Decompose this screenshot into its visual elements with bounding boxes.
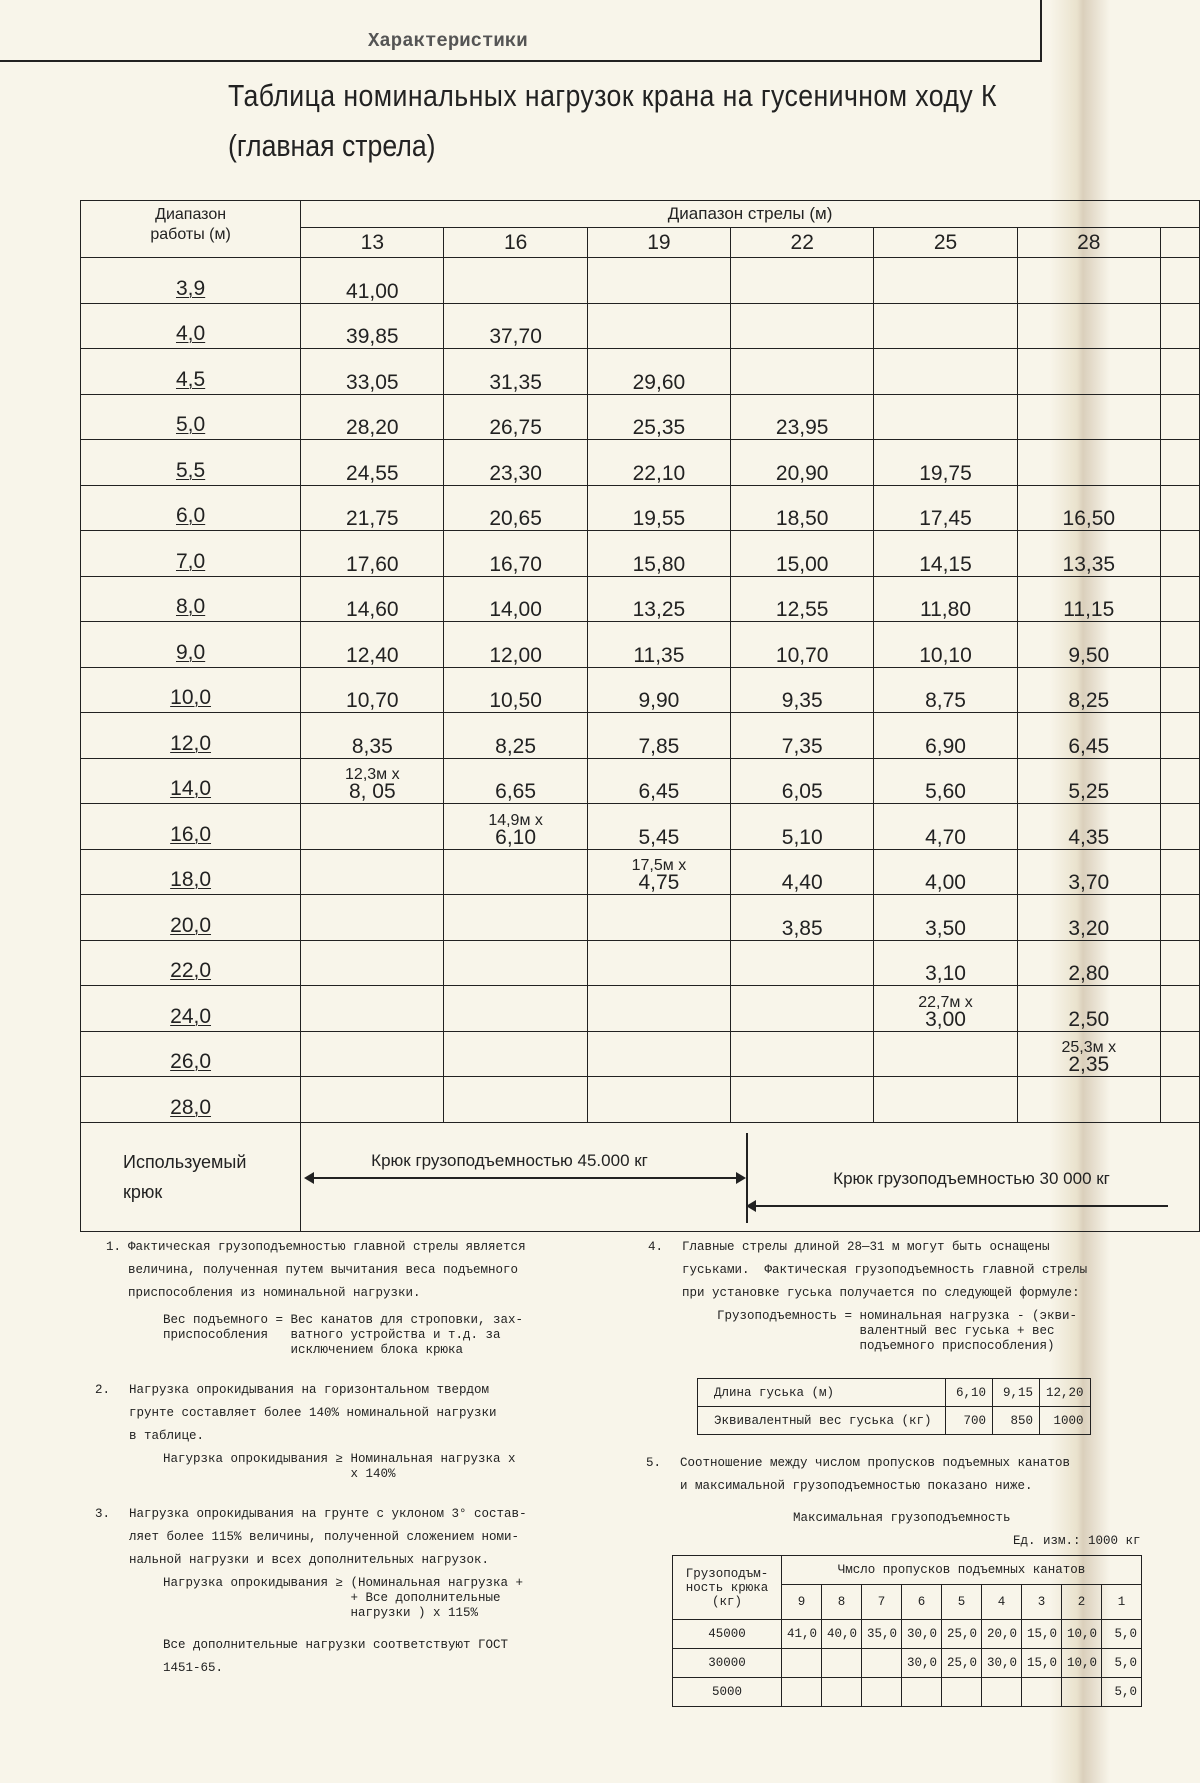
cut-cell bbox=[1160, 622, 1199, 668]
range-value: 26,0 bbox=[170, 1050, 211, 1073]
load-chart-table: Диапазон работы (м) Диапазон стрелы (м) … bbox=[80, 200, 1200, 1232]
load-cell: 22,7м x3,00 bbox=[874, 986, 1017, 1032]
range-cell: 18,0 bbox=[81, 849, 301, 895]
cut-cell bbox=[1160, 531, 1199, 577]
range-value: 8,0 bbox=[176, 595, 205, 618]
range-value: 7,0 bbox=[176, 550, 205, 573]
jib-weight-value: 700 bbox=[946, 1407, 993, 1435]
load-cell bbox=[1017, 394, 1160, 440]
table-row: 18,017,5м x4,754,404,003,70 bbox=[81, 849, 1200, 895]
boom-length-header: 19 bbox=[587, 228, 730, 258]
falls-count-header: 5 bbox=[942, 1585, 982, 1620]
range-cell: 26,0 bbox=[81, 1031, 301, 1077]
hook-area: Крюк грузоподъемностью 45.000 кг Крюк гр… bbox=[301, 1122, 1200, 1231]
range-cell: 4,5 bbox=[81, 349, 301, 395]
note-1: 1. Фактическая грузоподъемностью главной… bbox=[106, 1236, 121, 1305]
jib-length-label: Длина гуська (м) bbox=[698, 1379, 946, 1407]
max-capacity-cell bbox=[1062, 1678, 1102, 1707]
load-value: 21,75 bbox=[346, 509, 399, 528]
table-row: 10,010,7010,509,909,358,758,25 bbox=[81, 667, 1200, 713]
load-value: 22,10 bbox=[633, 464, 686, 483]
range-cell: 20,0 bbox=[81, 895, 301, 941]
load-cell: 10,70 bbox=[731, 622, 874, 668]
hook-capacity-cell: 30000 bbox=[673, 1649, 782, 1678]
note-1-number: 1. bbox=[106, 1236, 121, 1259]
max-capacity-cell: 20,0 bbox=[982, 1620, 1022, 1649]
range-cell: 9,0 bbox=[81, 622, 301, 668]
load-cell bbox=[731, 258, 874, 304]
load-value: 19,75 bbox=[919, 464, 972, 483]
cut-cell bbox=[1160, 1077, 1199, 1123]
table-row: 20,03,853,503,20 bbox=[81, 895, 1200, 941]
note-4-text: Главные стрелы длиной 28—31 м могут быть… bbox=[682, 1236, 1087, 1305]
range-value: 6,0 bbox=[176, 504, 205, 527]
load-cell: 9,50 bbox=[1017, 622, 1160, 668]
table-row: 16,014,9м x6,105,455,104,704,35 bbox=[81, 804, 1200, 850]
load-cell: 9,90 bbox=[587, 667, 730, 713]
load-cell: 23,30 bbox=[444, 440, 587, 486]
load-cell bbox=[444, 895, 587, 941]
load-cell: 6,05 bbox=[731, 758, 874, 804]
load-cell: 31,35 bbox=[444, 349, 587, 395]
load-value: 6,65 bbox=[495, 782, 536, 801]
load-cell: 4,40 bbox=[731, 849, 874, 895]
range-value: 4,0 bbox=[176, 322, 205, 345]
load-value: 13,35 bbox=[1063, 555, 1116, 574]
max-capacity-cell: 10,0 bbox=[1062, 1620, 1102, 1649]
range-cell: 8,0 bbox=[81, 576, 301, 622]
load-value: 19,55 bbox=[633, 509, 686, 528]
load-cell: 10,50 bbox=[444, 667, 587, 713]
load-value: 4,35 bbox=[1068, 828, 1109, 847]
max-capacity-cell: 5,0 bbox=[1102, 1649, 1142, 1678]
load-cell: 4,70 bbox=[874, 804, 1017, 850]
load-cell: 14,00 bbox=[444, 576, 587, 622]
range-cell: 10,0 bbox=[81, 667, 301, 713]
range-cell: 14,0 bbox=[81, 758, 301, 804]
max-capacity-cell bbox=[822, 1678, 862, 1707]
load-cell: 3,70 bbox=[1017, 849, 1160, 895]
jib-weight-value: 1000 bbox=[1040, 1407, 1091, 1435]
falls-count-header: 6 bbox=[902, 1585, 942, 1620]
note-2-number: 2. bbox=[95, 1379, 110, 1402]
load-value: 4,75 bbox=[638, 873, 679, 892]
load-cell bbox=[301, 940, 444, 986]
range-cell: 5,0 bbox=[81, 394, 301, 440]
load-cell: 8,25 bbox=[444, 713, 587, 759]
max-capacity-cell: 15,0 bbox=[1022, 1649, 1062, 1678]
load-value: 3,70 bbox=[1068, 873, 1109, 892]
max-capacity-cell bbox=[1022, 1678, 1062, 1707]
table-row: 3,941,00 bbox=[81, 258, 1200, 304]
jib-weight-value: 850 bbox=[993, 1407, 1040, 1435]
load-cell: 6,45 bbox=[1017, 713, 1160, 759]
max-capacity-cell: 10,0 bbox=[1062, 1649, 1102, 1678]
load-value: 28,20 bbox=[346, 418, 399, 437]
max-capacity-cell: 35,0 bbox=[862, 1620, 902, 1649]
max-capacity-cell: 25,0 bbox=[942, 1649, 982, 1678]
max-capacity-cell bbox=[822, 1649, 862, 1678]
boom-length-header: 28 bbox=[1017, 228, 1160, 258]
load-value: 39,85 bbox=[346, 327, 399, 346]
range-value: 20,0 bbox=[170, 914, 211, 937]
table-row: 24,022,7м x3,002,50 bbox=[81, 986, 1200, 1032]
load-value: 33,05 bbox=[346, 373, 399, 392]
falls-count-header: 7 bbox=[862, 1585, 902, 1620]
range-value: 4,5 bbox=[176, 368, 205, 391]
falls-count-header: 2 bbox=[1062, 1585, 1102, 1620]
load-cell bbox=[587, 895, 730, 941]
note-5-number: 5. bbox=[646, 1452, 661, 1475]
load-value: 16,50 bbox=[1063, 509, 1116, 528]
load-cell: 11,80 bbox=[874, 576, 1017, 622]
load-cell bbox=[731, 940, 874, 986]
hook-capacity-header-line3: (кг) bbox=[673, 1595, 781, 1609]
boom-length-header-cut bbox=[1160, 228, 1199, 258]
load-value: 18,50 bbox=[776, 509, 829, 528]
load-cell: 15,80 bbox=[587, 531, 730, 577]
load-cell: 15,00 bbox=[731, 531, 874, 577]
load-cell: 23,95 bbox=[731, 394, 874, 440]
max-capacity-cell: 15,0 bbox=[1022, 1620, 1062, 1649]
load-value: 14,60 bbox=[346, 600, 399, 619]
range-cell: 4,0 bbox=[81, 303, 301, 349]
load-cell: 24,55 bbox=[301, 440, 444, 486]
max-capacity-unit: Ед. изм.: 1000 кг bbox=[1013, 1530, 1141, 1553]
load-cell: 25,35 bbox=[587, 394, 730, 440]
cut-cell bbox=[1160, 986, 1199, 1032]
load-value: 5,45 bbox=[638, 828, 679, 847]
load-value: 2,50 bbox=[1068, 1010, 1109, 1029]
load-cell: 11,15 bbox=[1017, 576, 1160, 622]
hook-label-line1: Используемый bbox=[123, 1147, 300, 1177]
load-cell: 6,45 bbox=[587, 758, 730, 804]
table-row: 12,08,358,257,857,356,906,45 bbox=[81, 713, 1200, 759]
table-row: 7,017,6016,7015,8015,0014,1513,35 bbox=[81, 531, 1200, 577]
load-cell: 6,90 bbox=[874, 713, 1017, 759]
max-capacity-cell: 40,0 bbox=[822, 1620, 862, 1649]
load-cell bbox=[587, 986, 730, 1032]
falls-count-header: 1 bbox=[1102, 1585, 1142, 1620]
max-capacity-cell bbox=[782, 1649, 822, 1678]
table-row: 28,0 bbox=[81, 1077, 1200, 1123]
load-cell bbox=[587, 1077, 730, 1123]
load-cell: 12,3м x8, 05 bbox=[301, 758, 444, 804]
max-capacity-cell: 30,0 bbox=[982, 1649, 1022, 1678]
cut-cell bbox=[1160, 440, 1199, 486]
double-arrow-icon bbox=[306, 1177, 744, 1179]
table-row: 4,039,8537,70 bbox=[81, 303, 1200, 349]
load-value: 6,45 bbox=[638, 782, 679, 801]
table-row: 9,012,4012,0011,3510,7010,109,50 bbox=[81, 622, 1200, 668]
max-capacity-cell: 41,0 bbox=[782, 1620, 822, 1649]
load-cell bbox=[874, 258, 1017, 304]
load-value: 6,05 bbox=[782, 782, 823, 801]
load-cell bbox=[587, 1031, 730, 1077]
note-2-text: Нагрузка опрокидывания на горизонтальном… bbox=[129, 1379, 497, 1448]
load-value: 11,15 bbox=[1063, 600, 1114, 619]
jib-weight-label: Эквивалентный вес гуська (кг) bbox=[698, 1407, 946, 1435]
load-value: 14,00 bbox=[489, 600, 542, 619]
table-row: 8,014,6014,0013,2512,5511,8011,15 bbox=[81, 576, 1200, 622]
load-cell bbox=[444, 1031, 587, 1077]
load-cell: 18,50 bbox=[731, 485, 874, 531]
load-cell: 33,05 bbox=[301, 349, 444, 395]
load-cell bbox=[301, 986, 444, 1032]
table-row: 26,025,3м x2,35 bbox=[81, 1031, 1200, 1077]
load-value: 8,25 bbox=[1068, 691, 1109, 710]
load-value: 3,50 bbox=[925, 919, 966, 938]
load-cell: 11,35 bbox=[587, 622, 730, 668]
load-cell bbox=[301, 895, 444, 941]
load-cell: 20,90 bbox=[731, 440, 874, 486]
table-row: 14,012,3м x8, 056,656,456,055,605,25 bbox=[81, 758, 1200, 804]
cut-cell bbox=[1160, 303, 1199, 349]
load-value: 17,45 bbox=[919, 509, 972, 528]
load-value: 16,70 bbox=[489, 555, 542, 574]
load-value: 5,25 bbox=[1068, 782, 1109, 801]
range-value: 3,9 bbox=[176, 277, 205, 300]
load-value: 7,85 bbox=[638, 737, 679, 756]
load-cell bbox=[731, 1031, 874, 1077]
cut-cell bbox=[1160, 758, 1199, 804]
load-cell: 5,60 bbox=[874, 758, 1017, 804]
max-capacity-cell bbox=[942, 1678, 982, 1707]
boom-length-header: 13 bbox=[301, 228, 444, 258]
hook-capacity-cell: 5000 bbox=[673, 1678, 782, 1707]
range-value: 12,0 bbox=[170, 732, 211, 755]
cut-cell bbox=[1160, 1031, 1199, 1077]
range-cell: 28,0 bbox=[81, 1077, 301, 1123]
load-cell: 6,65 bbox=[444, 758, 587, 804]
load-cell: 13,25 bbox=[587, 576, 730, 622]
load-cell: 39,85 bbox=[301, 303, 444, 349]
load-value: 8,25 bbox=[495, 737, 536, 756]
load-cell bbox=[874, 349, 1017, 395]
range-cell: 16,0 bbox=[81, 804, 301, 850]
hook-45000-label: Крюк грузоподъемностью 45.000 кг bbox=[371, 1151, 648, 1171]
max-capacity-cell bbox=[782, 1678, 822, 1707]
max-capacity-cell bbox=[862, 1678, 902, 1707]
page-subtitle: (главная стрела) bbox=[228, 128, 436, 164]
boom-length-header: 22 bbox=[731, 228, 874, 258]
load-cell: 7,35 bbox=[731, 713, 874, 759]
max-capacity-cell: 5,0 bbox=[1102, 1678, 1142, 1707]
range-value: 22,0 bbox=[170, 959, 211, 982]
load-cell: 37,70 bbox=[444, 303, 587, 349]
load-cell bbox=[1017, 440, 1160, 486]
load-cell: 14,60 bbox=[301, 576, 444, 622]
load-value: 23,95 bbox=[776, 418, 829, 437]
load-cell: 20,65 bbox=[444, 485, 587, 531]
load-value: 8, 05 bbox=[349, 782, 396, 801]
load-value: 9,90 bbox=[638, 691, 679, 710]
note-5-text: Соотношение между числом пропусков подъе… bbox=[680, 1452, 1070, 1498]
load-cell: 28,20 bbox=[301, 394, 444, 440]
load-cell: 13,35 bbox=[1017, 531, 1160, 577]
range-cell: 6,0 bbox=[81, 485, 301, 531]
load-cell: 5,10 bbox=[731, 804, 874, 850]
range-cell: 7,0 bbox=[81, 531, 301, 577]
load-value: 31,35 bbox=[489, 373, 542, 392]
load-cell: 17,45 bbox=[874, 485, 1017, 531]
load-value: 5,10 bbox=[782, 828, 823, 847]
load-cell bbox=[874, 1031, 1017, 1077]
range-value: 18,0 bbox=[170, 868, 211, 891]
note-5: 5. Соотношение между числом пропусков по… bbox=[646, 1452, 661, 1521]
load-cell: 14,9м x6,10 bbox=[444, 804, 587, 850]
load-cell bbox=[874, 394, 1017, 440]
hook-label: Используемый крюк bbox=[81, 1122, 301, 1231]
note-3-formula: Нагрузка опрокидывания ≥ (Номинальная на… bbox=[163, 1576, 523, 1621]
hook-capacity-cell: 45000 bbox=[673, 1620, 782, 1649]
range-value: 9,0 bbox=[176, 641, 205, 664]
hook-row: Используемый крюк Крюк грузоподъемностью… bbox=[81, 1122, 1200, 1231]
boom-length-header: 25 bbox=[874, 228, 1017, 258]
cut-cell bbox=[1160, 394, 1199, 440]
boom-length-header: 16 bbox=[444, 228, 587, 258]
load-value: 6,10 bbox=[495, 828, 536, 847]
range-cell: 24,0 bbox=[81, 986, 301, 1032]
jib-length-value: 9,15 bbox=[993, 1379, 1040, 1407]
load-value: 8,35 bbox=[352, 737, 393, 756]
load-cell: 8,75 bbox=[874, 667, 1017, 713]
falls-count-header: 3 bbox=[1022, 1585, 1062, 1620]
load-value: 11,35 bbox=[633, 646, 684, 665]
load-cell: 25,3м x2,35 bbox=[1017, 1031, 1160, 1077]
load-cell: 19,75 bbox=[874, 440, 1017, 486]
load-cell bbox=[731, 349, 874, 395]
left-arrow-icon bbox=[748, 1205, 1168, 1207]
load-value: 12,55 bbox=[776, 600, 829, 619]
load-cell bbox=[874, 303, 1017, 349]
load-value: 9,50 bbox=[1068, 646, 1109, 665]
load-cell: 17,60 bbox=[301, 531, 444, 577]
load-value: 6,90 bbox=[925, 737, 966, 756]
load-cell: 10,10 bbox=[874, 622, 1017, 668]
load-cell: 26,75 bbox=[444, 394, 587, 440]
cut-cell bbox=[1160, 349, 1199, 395]
load-cell: 17,5м x4,75 bbox=[587, 849, 730, 895]
hook-capacity-header: Грузоподъм- ность крюка (кг) bbox=[673, 1556, 782, 1620]
load-value: 20,90 bbox=[776, 464, 829, 483]
jib-length-value: 6,10 bbox=[946, 1379, 993, 1407]
load-value: 3,10 bbox=[925, 964, 966, 983]
load-value: 12,40 bbox=[346, 646, 399, 665]
load-cell bbox=[301, 804, 444, 850]
load-cell bbox=[587, 303, 730, 349]
load-cell bbox=[1017, 258, 1160, 304]
load-value: 2,35 bbox=[1068, 1055, 1109, 1074]
falls-count-header: 8 bbox=[822, 1585, 862, 1620]
load-value: 10,10 bbox=[919, 646, 972, 665]
load-value: 26,75 bbox=[489, 418, 542, 437]
load-value: 2,80 bbox=[1068, 964, 1109, 983]
load-cell: 5,45 bbox=[587, 804, 730, 850]
max-capacity-title: Максимальная грузоподъемность bbox=[793, 1507, 1011, 1530]
range-cell: 12,0 bbox=[81, 713, 301, 759]
load-value: 8,75 bbox=[925, 691, 966, 710]
load-cell bbox=[587, 258, 730, 304]
load-cell bbox=[301, 1077, 444, 1123]
load-value: 3,00 bbox=[925, 1010, 966, 1029]
page-title: Таблица номинальных нагрузок крана на гу… bbox=[228, 78, 997, 114]
jib-weight-row: Эквивалентный вес гуська (кг) 700 850 10… bbox=[698, 1407, 1091, 1435]
load-value: 24,55 bbox=[346, 464, 399, 483]
load-cell bbox=[1017, 303, 1160, 349]
range-header-line1: Диапазон bbox=[81, 205, 300, 225]
load-value: 25,35 bbox=[633, 418, 686, 437]
range-header-line2: работы (м) bbox=[81, 225, 300, 245]
max-capacity-cell bbox=[902, 1678, 942, 1707]
hook-30000-label: Крюк грузоподъемностью 30 000 кг bbox=[833, 1169, 1110, 1189]
range-value: 5,5 bbox=[176, 459, 205, 482]
load-value: 29,60 bbox=[633, 373, 686, 392]
load-value: 10,50 bbox=[489, 691, 542, 710]
max-capacity-cell: 5,0 bbox=[1102, 1620, 1142, 1649]
table-row: 3000030,025,030,015,010,05,0 bbox=[673, 1649, 1142, 1678]
load-cell: 16,50 bbox=[1017, 485, 1160, 531]
range-value: 28,0 bbox=[170, 1096, 211, 1119]
cut-cell bbox=[1160, 940, 1199, 986]
load-cell: 2,50 bbox=[1017, 986, 1160, 1032]
load-cell: 2,80 bbox=[1017, 940, 1160, 986]
load-value: 15,00 bbox=[776, 555, 829, 574]
note-4-number: 4. bbox=[648, 1236, 663, 1259]
table-row: 22,03,102,80 bbox=[81, 940, 1200, 986]
table-row: 5,524,5523,3022,1020,9019,75 bbox=[81, 440, 1200, 486]
cut-cell bbox=[1160, 576, 1199, 622]
hook-label-line2: крюк bbox=[123, 1177, 300, 1207]
max-capacity-cell: 30,0 bbox=[902, 1649, 942, 1678]
falls-group-header: Чмсло пропусков подъемных канатов bbox=[782, 1556, 1142, 1585]
load-cell: 29,60 bbox=[587, 349, 730, 395]
load-cell bbox=[874, 1077, 1017, 1123]
load-cell: 12,00 bbox=[444, 622, 587, 668]
load-cell bbox=[444, 1077, 587, 1123]
max-capacity-cell: 30,0 bbox=[902, 1620, 942, 1649]
load-value: 4,40 bbox=[782, 873, 823, 892]
load-value: 17,60 bbox=[346, 555, 399, 574]
note-2: 2. Нагрузка опрокидывания на горизонталь… bbox=[95, 1379, 110, 1448]
load-value: 9,35 bbox=[782, 691, 823, 710]
max-capacity-cell: 25,0 bbox=[942, 1620, 982, 1649]
load-cell bbox=[301, 849, 444, 895]
load-value: 5,60 bbox=[925, 782, 966, 801]
load-cell: 10,70 bbox=[301, 667, 444, 713]
cut-cell bbox=[1160, 713, 1199, 759]
cut-cell bbox=[1160, 804, 1199, 850]
load-cell: 8,25 bbox=[1017, 667, 1160, 713]
note-1-formula: Вес подъемного = Вес канатов для стропов… bbox=[163, 1313, 523, 1358]
load-cell: 3,10 bbox=[874, 940, 1017, 986]
boom-header: Диапазон стрелы (м) bbox=[301, 201, 1200, 228]
load-value: 4,00 bbox=[925, 873, 966, 892]
load-value: 11,80 bbox=[920, 600, 971, 619]
range-cell: 5,5 bbox=[81, 440, 301, 486]
max-capacity-table: Грузоподъм- ность крюка (кг) Чмсло пропу… bbox=[672, 1555, 1142, 1707]
cut-cell bbox=[1160, 849, 1199, 895]
load-cell bbox=[444, 258, 587, 304]
load-cell: 4,35 bbox=[1017, 804, 1160, 850]
load-cell: 14,15 bbox=[874, 531, 1017, 577]
range-cell: 22,0 bbox=[81, 940, 301, 986]
table-row: 50005,0 bbox=[673, 1678, 1142, 1707]
hook-capacity-header-line2: ность крюка bbox=[673, 1581, 781, 1595]
load-cell bbox=[444, 940, 587, 986]
load-value: 10,70 bbox=[776, 646, 829, 665]
jib-length-row: Длина гуська (м) 6,10 9,15 12,20 bbox=[698, 1379, 1091, 1407]
